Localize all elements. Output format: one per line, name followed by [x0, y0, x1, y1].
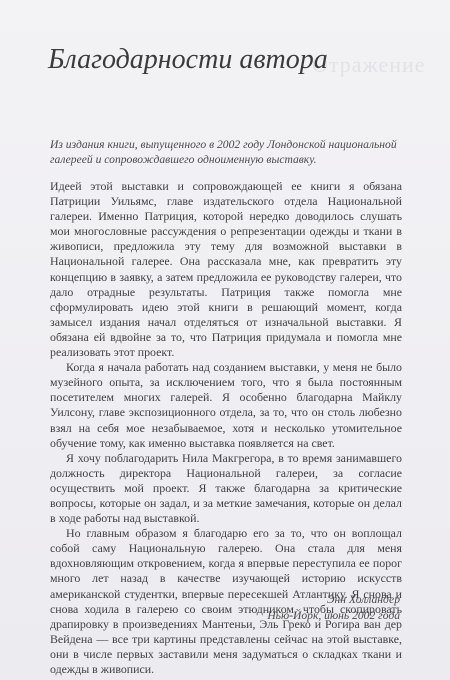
epigraph: Из издания книги, выпущенного в 2002 год… [50, 137, 400, 167]
book-page: Отражение Благодарности автора Из издани… [0, 0, 450, 680]
page-title: Благодарности автора [48, 44, 328, 76]
paragraph-3: Я хочу поблагодарить Нила Макгрегора, в … [50, 451, 402, 526]
paragraph-1: Идеей этой выставки и сопровождающей ее … [50, 179, 402, 360]
bleed-through-text: Отражение [312, 52, 426, 78]
author-signature: Энн Холландер [200, 593, 400, 606]
paragraph-2: Когда я начала работать над созданием вы… [50, 360, 402, 451]
place-date: Нью-Йорк, июнь 2002 года [200, 609, 400, 622]
